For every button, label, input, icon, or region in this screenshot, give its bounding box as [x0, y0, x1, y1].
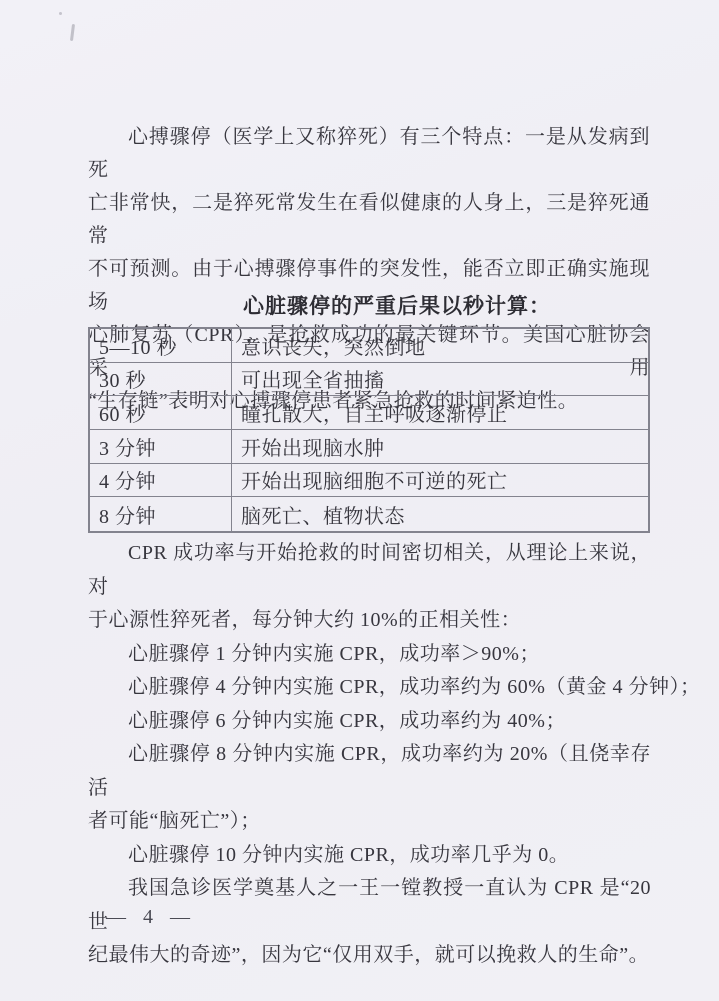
cpr-list-item-continuation: 者可能“脑死亡”）； [88, 805, 651, 839]
time-cell: 4 分钟 [90, 464, 232, 497]
pen-mark-artifact [70, 24, 75, 41]
cpr-list-item: 心脏骤停 1 分钟内实施 CPR，成功率＞90%； [88, 638, 651, 672]
table-row: 30 秒 可出现全省抽搐 [90, 363, 648, 397]
time-cell: 5—10 秒 [90, 329, 232, 362]
consequence-cell: 可出现全省抽搐 [232, 363, 648, 396]
table-title: 心脏骤停的严重后果以秒计算： [88, 290, 650, 320]
cpr-list-item: 心脏骤停 6 分钟内实施 CPR，成功率约为 40%； [88, 705, 651, 739]
table-row: 3 分钟 开始出现脑水肿 [90, 430, 648, 464]
consequence-cell: 意识丧失，突然倒地 [232, 329, 648, 362]
consequence-cell: 开始出现脑细胞不可逆的死亡 [232, 464, 648, 497]
table-row: 8 分钟 脑死亡、植物状态 [90, 497, 648, 531]
dust-speck [59, 12, 62, 15]
cpr-paragraph-line: 于心源性猝死者，每分钟大约 10%的正相关性： [88, 604, 651, 638]
cpr-list-item: 心脏骤停 4 分钟内实施 CPR，成功率约为 60%（黄金 4 分钟）； [88, 671, 651, 705]
page-number: — 4 — [106, 906, 196, 929]
table-row: 60 秒 瞳孔散大，自主呼吸逐渐停止 [90, 396, 648, 430]
consequences-table: 5—10 秒 意识丧失，突然倒地 30 秒 可出现全省抽搐 60 秒 瞳孔散大，… [88, 327, 650, 533]
table-row: 4 分钟 开始出现脑细胞不可逆的死亡 [90, 464, 648, 498]
closing-paragraph-line: 纪最伟大的奇迹”，因为它“仅用双手，就可以挽救人的生命”。 [88, 939, 651, 973]
time-cell: 60 秒 [90, 396, 232, 429]
cpr-list-item: 心脏骤停 8 分钟内实施 CPR，成功率约为 20%（且侥幸存活 [88, 738, 651, 805]
intro-line: 心搏骤停（医学上又称猝死）有三个特点：一是从发病到死 [88, 121, 650, 187]
time-cell: 8 分钟 [90, 497, 232, 531]
consequence-cell: 脑死亡、植物状态 [232, 497, 648, 531]
table-row: 5—10 秒 意识丧失，突然倒地 [90, 329, 648, 363]
time-cell: 3 分钟 [90, 430, 232, 463]
consequence-cell: 开始出现脑水肿 [232, 430, 648, 463]
scanned-document-page: 心搏骤停（医学上又称猝死）有三个特点：一是从发病到死 亡非常快，二是猝死常发生在… [0, 0, 719, 1001]
cpr-paragraph-line: CPR 成功率与开始抢救的时间密切相关，从理论上来说，对 [88, 537, 651, 604]
intro-line: 亡非常快，二是猝死常发生在看似健康的人身上，三是猝死通常 [88, 187, 650, 253]
cpr-list-item: 心脏骤停 10 分钟内实施 CPR，成功率几乎为 0。 [88, 839, 651, 873]
consequence-cell: 瞳孔散大，自主呼吸逐渐停止 [232, 396, 648, 429]
time-cell: 30 秒 [90, 363, 232, 396]
